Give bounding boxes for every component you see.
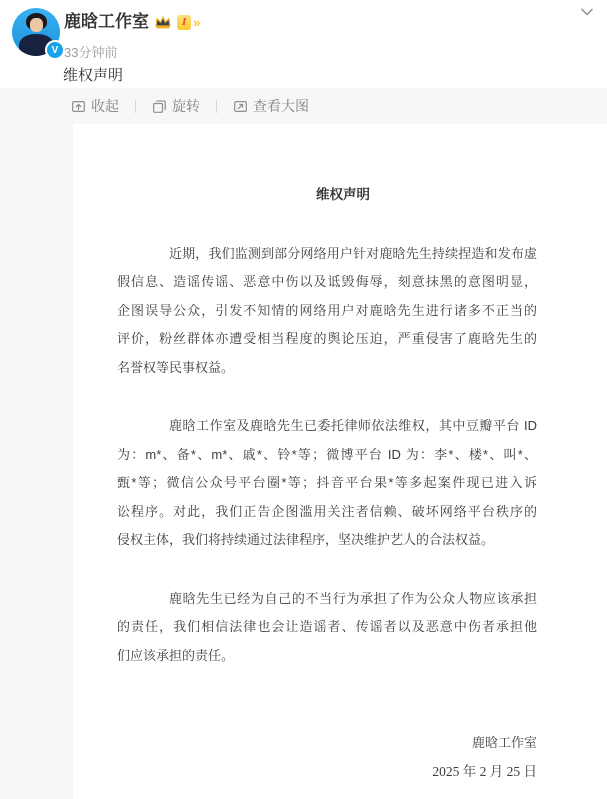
- collapse-label: 收起: [91, 96, 119, 116]
- statement-line: 假信息、造谣传谣、恶意中伤以及诋毁侮辱，刻意抹黑的意图明显，: [117, 268, 537, 297]
- statement-line: 鹿晗先生已经为自己的不当行为承担了作为公众人物应该承担: [117, 585, 537, 614]
- statement-title: 维权声明: [133, 181, 553, 210]
- viewer-left-gutter: [0, 124, 73, 799]
- post-header: V 鹿晗工作室 I » 33分钟前: [0, 0, 607, 62]
- user-name[interactable]: 鹿晗工作室: [64, 12, 149, 32]
- statement-paragraph: 近期，我们监测到部分网络用户针对鹿晗先生持续捏造和发布虚 假信息、造谣传谣、恶意…: [117, 240, 537, 383]
- statement-line: 们应该承担的责任。: [117, 642, 537, 671]
- statement-line: 为：m*、备*、m*、戚*、铃*等；微博平台 ID 为：李*、楼*、叫*、: [117, 441, 537, 470]
- post-timestamp: 33分钟前: [64, 42, 117, 61]
- rotate-label: 旋转: [172, 96, 200, 116]
- statement-paragraph: 鹿晗工作室及鹿晗先生已委托律师依法维权，其中豆瓣平台 ID 为：m*、备*、m*…: [117, 412, 537, 555]
- avatar-face: [30, 18, 43, 32]
- toolbar-divider: [135, 100, 136, 113]
- statement-signature: 鹿晗工作室: [117, 729, 537, 758]
- statement-line: 甄*等；微信公众号平台圈*等；抖音平台果*等多起案件现已进入诉: [117, 469, 537, 498]
- statement-line: 侵权主体，我们将持续通过法律程序，坚决维护艺人的合法权益。: [117, 526, 537, 555]
- rotate-button[interactable]: 旋转: [152, 96, 200, 116]
- statement-line: 鹿晗工作室及鹿晗先生已委托律师依法维权，其中豆瓣平台 ID: [117, 412, 537, 441]
- statement-line: 的责任，我们相信法律也会让造谣者、传谣者以及恶意中伤者承担他: [117, 613, 537, 642]
- statement-date: 2025 年 2 月 25 日: [117, 758, 537, 787]
- statement-line: 名誉权等民事权益。: [117, 354, 537, 383]
- collapse-icon: [71, 99, 86, 114]
- statement-line: 近期，我们监测到部分网络用户针对鹿晗先生持续捏造和发布虚: [117, 240, 537, 269]
- statement-line: 讼程序。对此，我们正告企图滥用关注者信赖、破坏网络平台秩序的: [117, 498, 537, 527]
- crown-vip-icon: [153, 14, 173, 30]
- vip-level-badge: I: [177, 15, 191, 30]
- collapse-button[interactable]: 收起: [71, 96, 119, 116]
- view-large-label: 查看大图: [253, 96, 309, 116]
- statement-line: 企图误导公众，引发不知情的网络用户对鹿晗先生进行诸多不正当的: [117, 297, 537, 326]
- image-toolbar: 收起 旋转 查看大图: [0, 88, 607, 124]
- rotate-icon: [152, 99, 167, 114]
- chevron-down-icon[interactable]: [579, 4, 595, 25]
- image-viewer: 维权声明 近期，我们监测到部分网络用户针对鹿晗先生持续捏造和发布虚 假信息、造谣…: [0, 124, 607, 799]
- verified-badge-icon: V: [45, 40, 65, 60]
- toolbar-divider: [216, 100, 217, 113]
- view-large-icon: [233, 99, 248, 114]
- post-text: 维权声明: [0, 62, 607, 88]
- view-large-button[interactable]: 查看大图: [233, 96, 309, 116]
- vip-level-chevrons-icon: »: [193, 15, 200, 30]
- statement-image[interactable]: 维权声明 近期，我们监测到部分网络用户针对鹿晗先生持续捏造和发布虚 假信息、造谣…: [73, 124, 607, 799]
- statement-line: 评价，粉丝群体亦遭受相当程度的舆论压迫，严重侵害了鹿晗先生的: [117, 325, 537, 354]
- statement-paragraph: 鹿晗先生已经为自己的不当行为承担了作为公众人物应该承担 的责任，我们相信法律也会…: [117, 585, 537, 671]
